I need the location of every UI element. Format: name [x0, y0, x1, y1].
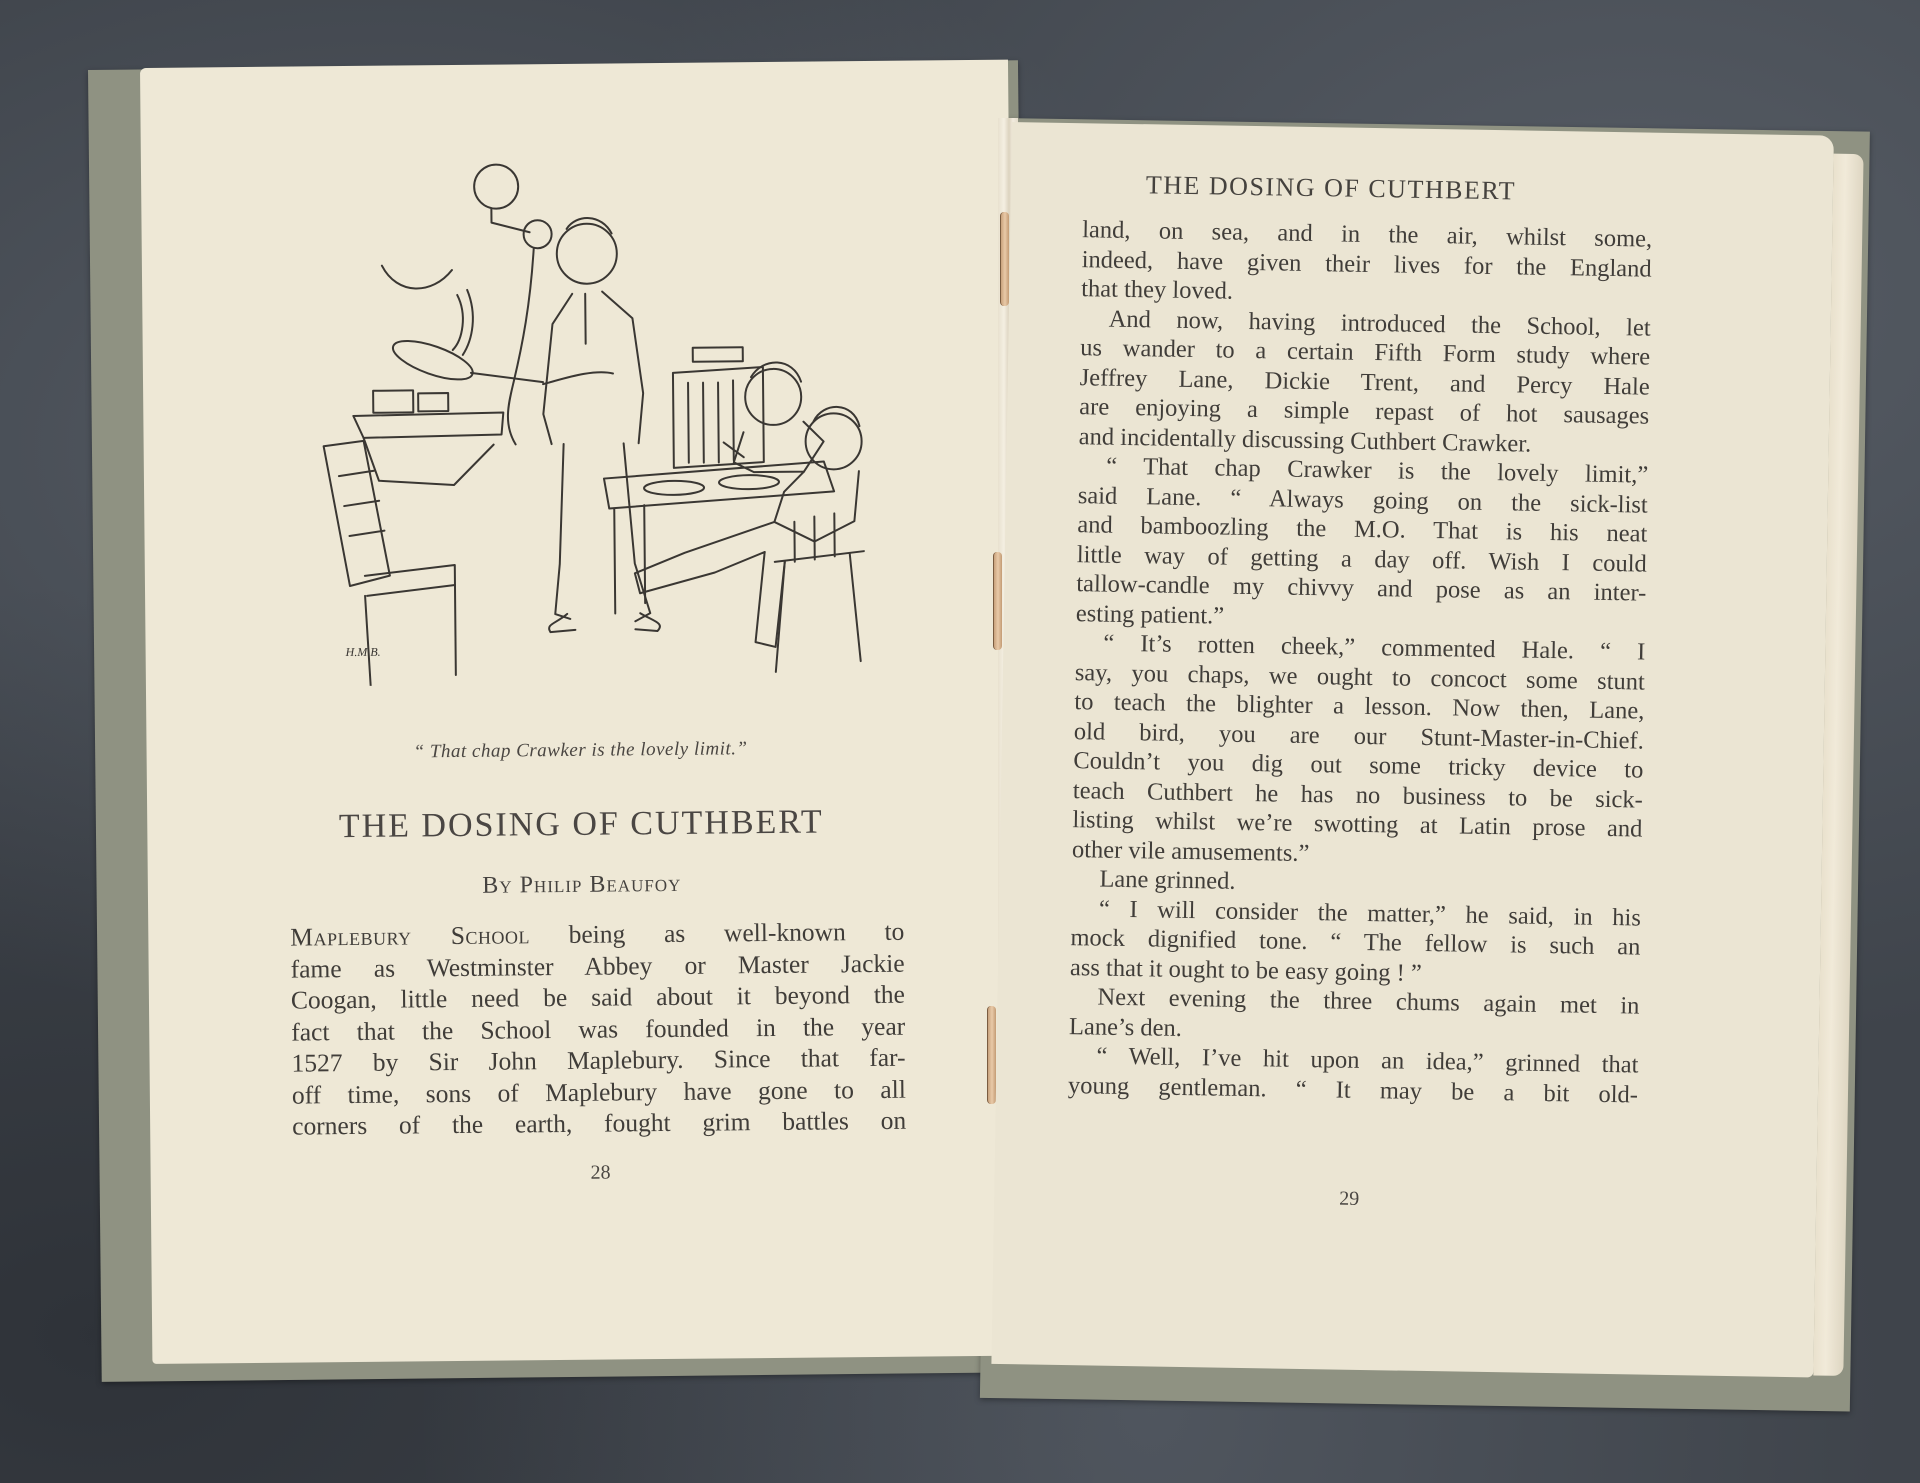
running-header: THE DOSING OF CUTHBERT: [1011, 168, 1651, 209]
illustration: H.M.B.: [301, 141, 866, 686]
text-line: Coogan, little need be said about it bey…: [291, 979, 905, 1016]
story-title: THE DOSING OF CUTHBERT: [147, 802, 1015, 848]
text-line: Maplebury School being as well-known to: [290, 916, 904, 953]
lamp-globe-icon: [474, 164, 518, 208]
artist-signature: H.M.B.: [345, 645, 381, 659]
text-line: 1527 by Sir John Maplebury. Since that f…: [291, 1042, 905, 1079]
binding-stitch: [993, 552, 1002, 650]
left-page-body: Maplebury School being as well-known to …: [290, 916, 906, 1142]
story-byline: By Philip Beaufoy: [148, 868, 1016, 903]
page-number-right: 29: [1339, 1188, 1359, 1211]
illustration-caption: “ That chap Crawker is the lovely limit.…: [146, 736, 1014, 766]
left-page: H.M.B. “ That chap Crawker is the lovely…: [140, 60, 1020, 1364]
lead-small-caps: Maplebury School: [290, 920, 530, 951]
right-page-body: land, on sea, and in the air, whilst som…: [1068, 215, 1653, 1109]
binding-stitch: [987, 1006, 996, 1104]
binding-stitch: [1000, 212, 1009, 306]
page-number-left: 28: [591, 1162, 611, 1185]
right-page: THE DOSING OF CUTHBERT land, on sea, and…: [991, 122, 1833, 1377]
text-line: corners of the earth, fought grim battle…: [292, 1105, 906, 1142]
